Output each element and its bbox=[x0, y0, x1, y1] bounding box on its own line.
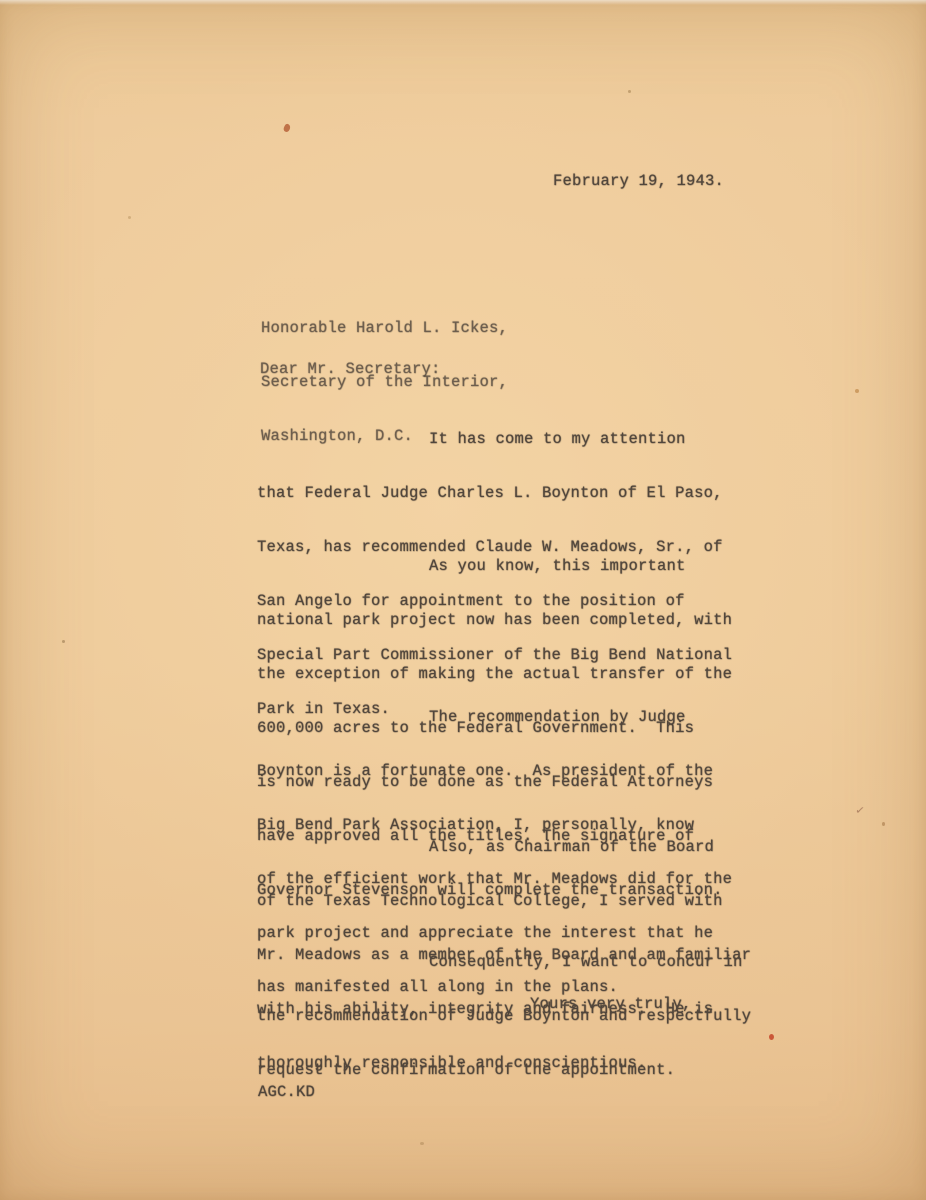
salutation: Dear Mr. Secretary: bbox=[260, 360, 441, 378]
paragraph-line: The recommendation by Judge bbox=[257, 708, 757, 726]
paragraph-line: It has come to my attention bbox=[257, 430, 757, 448]
letter-date: February 19, 1943. bbox=[553, 172, 724, 190]
paper-speckle bbox=[128, 216, 131, 219]
paragraph-line: that Federal Judge Charles L. Boynton of… bbox=[257, 484, 757, 502]
paragraph-line: As you know, this important bbox=[257, 557, 757, 575]
paper-speckle bbox=[628, 90, 631, 93]
letter-page: February 19, 1943. Honorable Harold L. I… bbox=[0, 0, 926, 1200]
paragraph-line: national park project now has been compl… bbox=[257, 611, 757, 629]
paper-speckle bbox=[769, 1034, 774, 1040]
paper-speckle bbox=[420, 1142, 424, 1145]
pencil-check-mark: ✓ bbox=[855, 803, 865, 819]
recipient-line: Honorable Harold L. Ickes, bbox=[261, 319, 508, 337]
closing: Yours very truly, bbox=[530, 995, 692, 1013]
paper-speckle bbox=[855, 389, 859, 393]
scan-edge bbox=[0, 0, 926, 5]
paragraph: Consequently, I want to concur in the re… bbox=[257, 917, 757, 1115]
paragraph-line: request the confirmation of the appointm… bbox=[257, 1061, 757, 1079]
paper-speckle bbox=[62, 640, 65, 643]
typist-initials: AGC.KD bbox=[258, 1083, 315, 1101]
paragraph-line: Also, as Chairman of the Board bbox=[257, 838, 757, 856]
paragraph-line: of the Texas Technological College, I se… bbox=[257, 892, 757, 910]
paragraph-line: Boynton is a fortunate one. As president… bbox=[257, 762, 757, 780]
paper-speckle bbox=[283, 123, 292, 133]
paragraph-line: Consequently, I want to concur in bbox=[257, 953, 757, 971]
paper-speckle bbox=[882, 822, 885, 826]
